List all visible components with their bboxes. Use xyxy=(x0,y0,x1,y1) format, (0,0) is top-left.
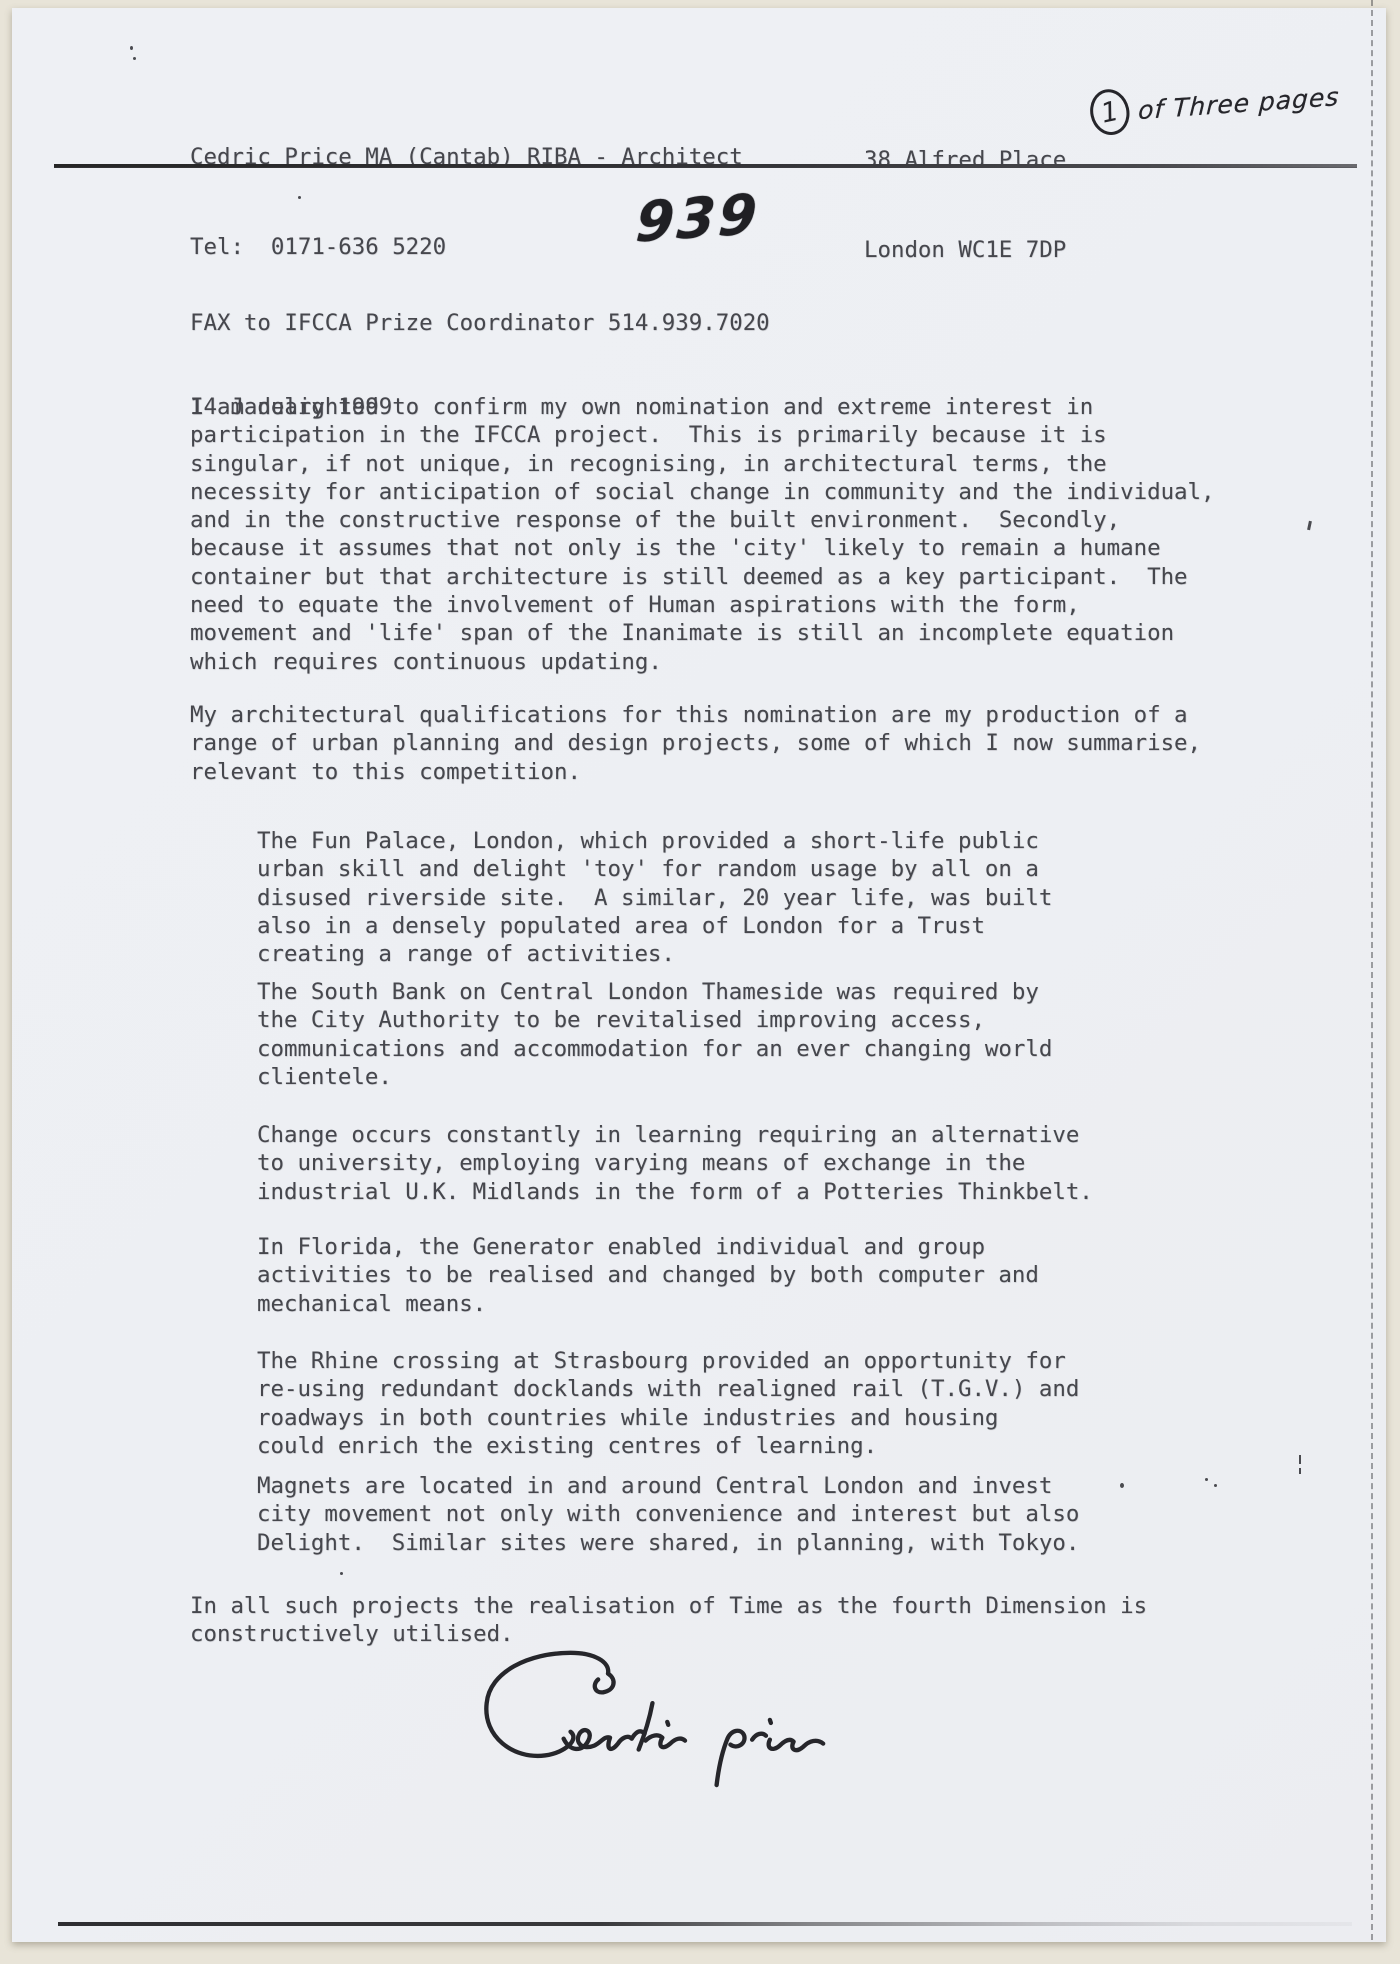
handwritten-fax-code: 939 xyxy=(634,181,762,254)
letterhead-divider xyxy=(54,164,1357,168)
scan-speck xyxy=(1299,1455,1301,1464)
scan-speck xyxy=(298,196,301,199)
paragraph-rhine-crossing: The Rhine crossing at Strasbourg provide… xyxy=(257,1347,1079,1460)
scan-speck xyxy=(133,57,136,60)
address-line-1: 38 Alfred Place xyxy=(864,145,1066,175)
scan-speck xyxy=(340,1572,343,1575)
paragraph-south-bank: The South Bank on Central London Thamesi… xyxy=(257,978,1052,1091)
scan-bottom-edge xyxy=(58,1922,1352,1926)
scanned-fax-page: { "document_type": "fax-letter", "colors… xyxy=(0,0,1400,1964)
letterhead-address: 38 Alfred Place London WC1E 7DP xyxy=(864,85,1066,295)
signature-cedric-price xyxy=(462,1638,837,1795)
paragraph-fun-palace: The Fun Palace, London, which provided a… xyxy=(257,827,1052,968)
circled-page-number: 1 xyxy=(1086,86,1134,139)
paragraph-generator-florida: In Florida, the Generator enabled indivi… xyxy=(257,1233,1039,1318)
scan-speck xyxy=(1120,1483,1124,1488)
fax-to-line: FAX to IFCCA Prize Coordinator 514.939.7… xyxy=(190,309,770,337)
scan-speck xyxy=(130,46,133,50)
paragraph-nomination: I am delighted to confirm my own nominat… xyxy=(190,393,1215,676)
paragraph-magnets: Magnets are located in and around Centra… xyxy=(257,1472,1079,1557)
scan-speck xyxy=(1299,1468,1301,1474)
paragraph-qualifications: My architectural qualifications for this… xyxy=(190,701,1201,786)
address-line-2: London WC1E 7DP xyxy=(864,235,1066,265)
paragraph-potteries-thinkbelt: Change occurs constantly in learning req… xyxy=(257,1121,1093,1206)
paper-right-edge xyxy=(1371,0,1373,1940)
page-note-text: of Three pages xyxy=(1137,81,1340,124)
signature-ink-strokes xyxy=(462,1638,837,1791)
scan-speck xyxy=(1214,1484,1217,1487)
scan-speck xyxy=(1205,1478,1208,1481)
